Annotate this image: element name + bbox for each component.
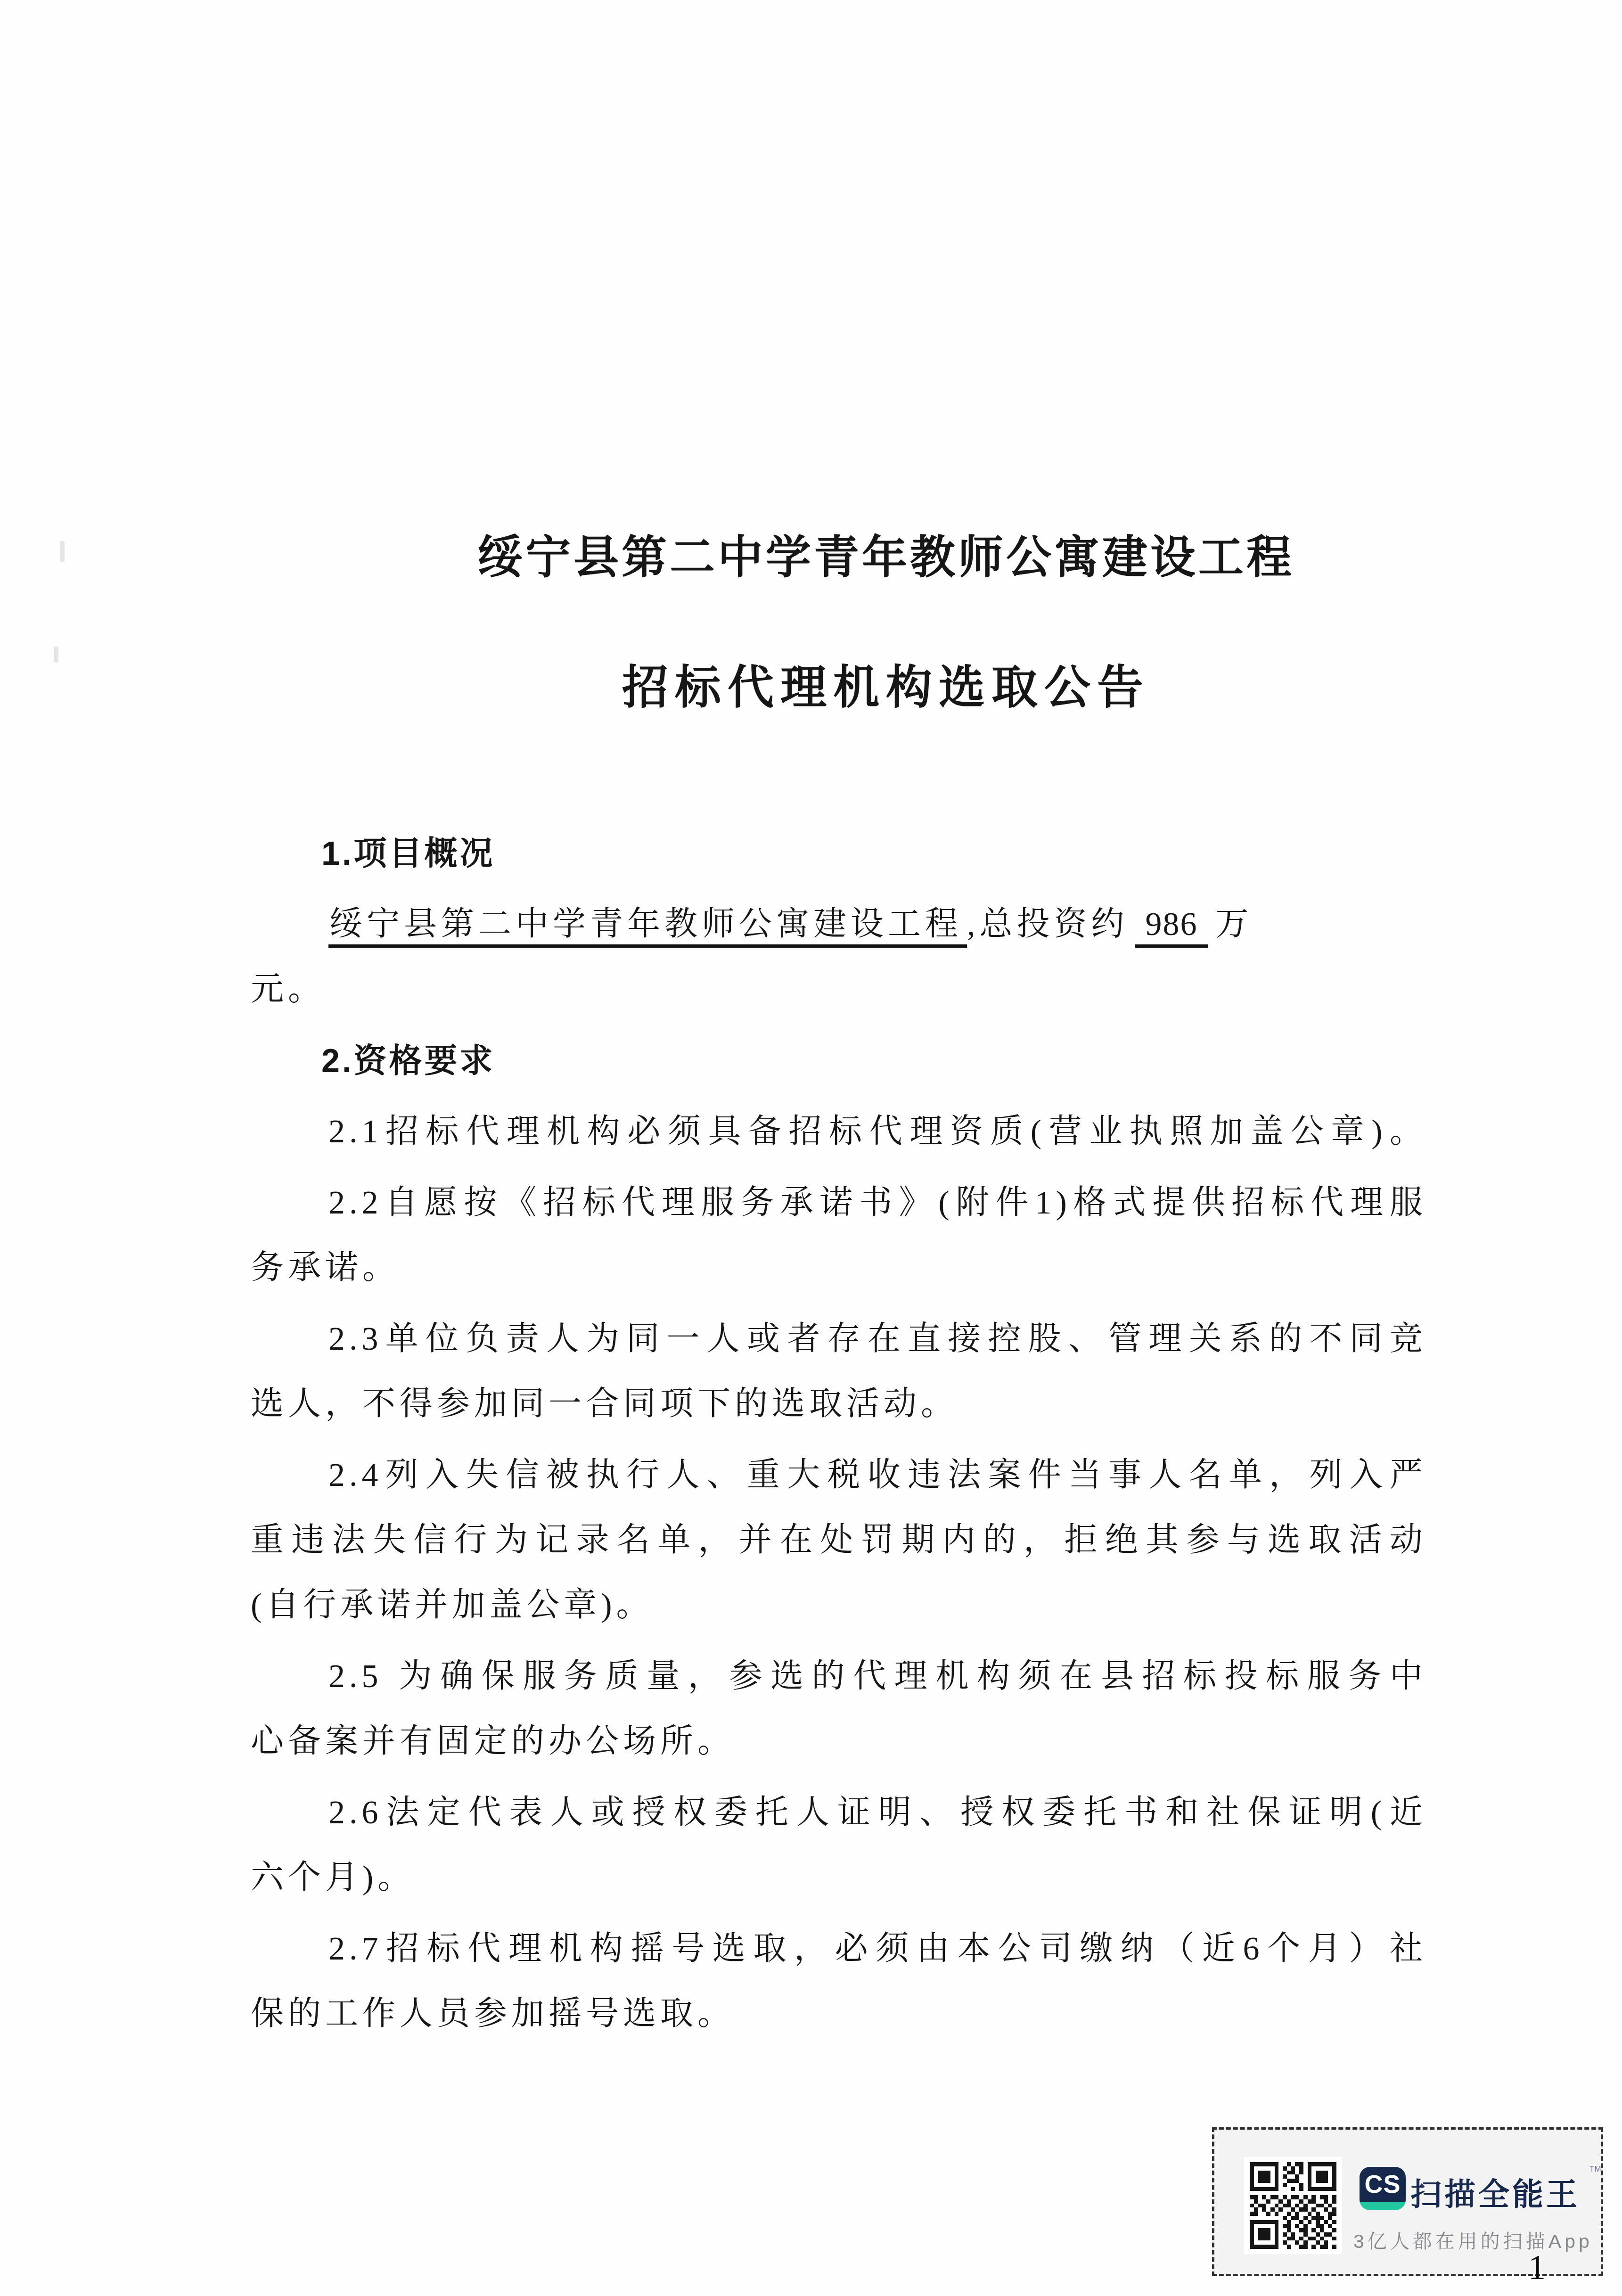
investment-unit: 万 bbox=[1216, 906, 1253, 943]
section2-heading: 2.资格要求 bbox=[251, 1028, 1427, 1093]
clause-2-6-line1: 2.6法定代表人或授权委托人证明、授权委托书和社保证明(近 bbox=[251, 1780, 1427, 1845]
document-title-line2: 招标代理机构选取公告 bbox=[259, 650, 1513, 717]
document-body: 1.项目概况 绥宁县第二中学青年教师公寓建设工程,总投资约986万 元。 2.资… bbox=[251, 821, 1427, 2047]
qr-code-icon bbox=[1244, 2157, 1342, 2254]
scan-artifact bbox=[54, 647, 58, 663]
camscanner-tagline: 3亿人都在用的扫描App bbox=[1353, 2226, 1593, 2254]
section1-heading: 1.项目概况 bbox=[251, 821, 1427, 886]
investment-label: ,总投资约 bbox=[967, 906, 1129, 943]
clause-2-2-line1: 2.2自愿按《招标代理服务承诺书》(附件1)格式提供招标代理服 bbox=[251, 1171, 1427, 1236]
clause-2-4-line1: 2.4列入失信被执行人、重大税收违法案件当事人名单，列入严 bbox=[251, 1443, 1427, 1508]
investment-value-underlined: 986 bbox=[1135, 906, 1208, 948]
clause-2-3-line2: 选人，不得参加同一合同项下的选取活动。 bbox=[251, 1372, 1427, 1437]
clause-2-7-line2: 保的工作人员参加摇号选取。 bbox=[251, 1982, 1427, 2047]
clause-2-4-line2: 重违法失信行为记录名单，并在处罚期内的，拒绝其参与选取活动 bbox=[251, 1508, 1427, 1573]
clause-2-1: 2.1招标代理机构必须具备招标代理资质(营业执照加盖公章)。 bbox=[251, 1099, 1427, 1164]
clause-2-5-line2: 心备案并有固定的办公场所。 bbox=[251, 1709, 1427, 1774]
camscanner-logo-icon: CS bbox=[1360, 2167, 1406, 2210]
clause-2-4-line3: (自行承诺并加盖公章)。 bbox=[251, 1573, 1427, 1638]
clause-2-3-line1: 2.3单位负责人为同一人或者存在直接控股、管理关系的不同竞 bbox=[251, 1307, 1427, 1372]
clause-2-7-line1: 2.7招标代理机构摇号选取，必须由本公司缴纳（近6个月）社 bbox=[251, 1917, 1427, 1982]
clause-2-5-line1: 2.5 为确保服务质量，参选的代理机构须在县招标投标服务中 bbox=[251, 1644, 1427, 1709]
scan-artifact bbox=[60, 541, 65, 562]
section1-wrap-line: 元。 bbox=[251, 957, 1427, 1022]
clause-2-2-line2: 务承诺。 bbox=[251, 1236, 1427, 1301]
document-title-line1: 绥宁县第二中学青年教师公寓建设工程 bbox=[259, 521, 1513, 586]
clause-2-6-line2: 六个月)。 bbox=[251, 1845, 1427, 1911]
page-number: 1 bbox=[1528, 2248, 1546, 2288]
camscanner-logo-monogram: CS bbox=[1364, 2170, 1401, 2199]
trademark-symbol: TM bbox=[1589, 2165, 1601, 2174]
project-name-underlined: 绥宁县第二中学青年教师公寓建设工程 bbox=[328, 906, 967, 948]
camscanner-logo-accent-bar bbox=[1360, 2202, 1406, 2210]
camscanner-brand-name: 扫描全能王 bbox=[1410, 2169, 1580, 2214]
section1-project-line: 绥宁县第二中学青年教师公寓建设工程,总投资约986万 bbox=[251, 892, 1427, 957]
scanned-document-page: 绥宁县第二中学青年教师公寓建设工程 招标代理机构选取公告 1.项目概况 绥宁县第… bbox=[0, 0, 1622, 2296]
